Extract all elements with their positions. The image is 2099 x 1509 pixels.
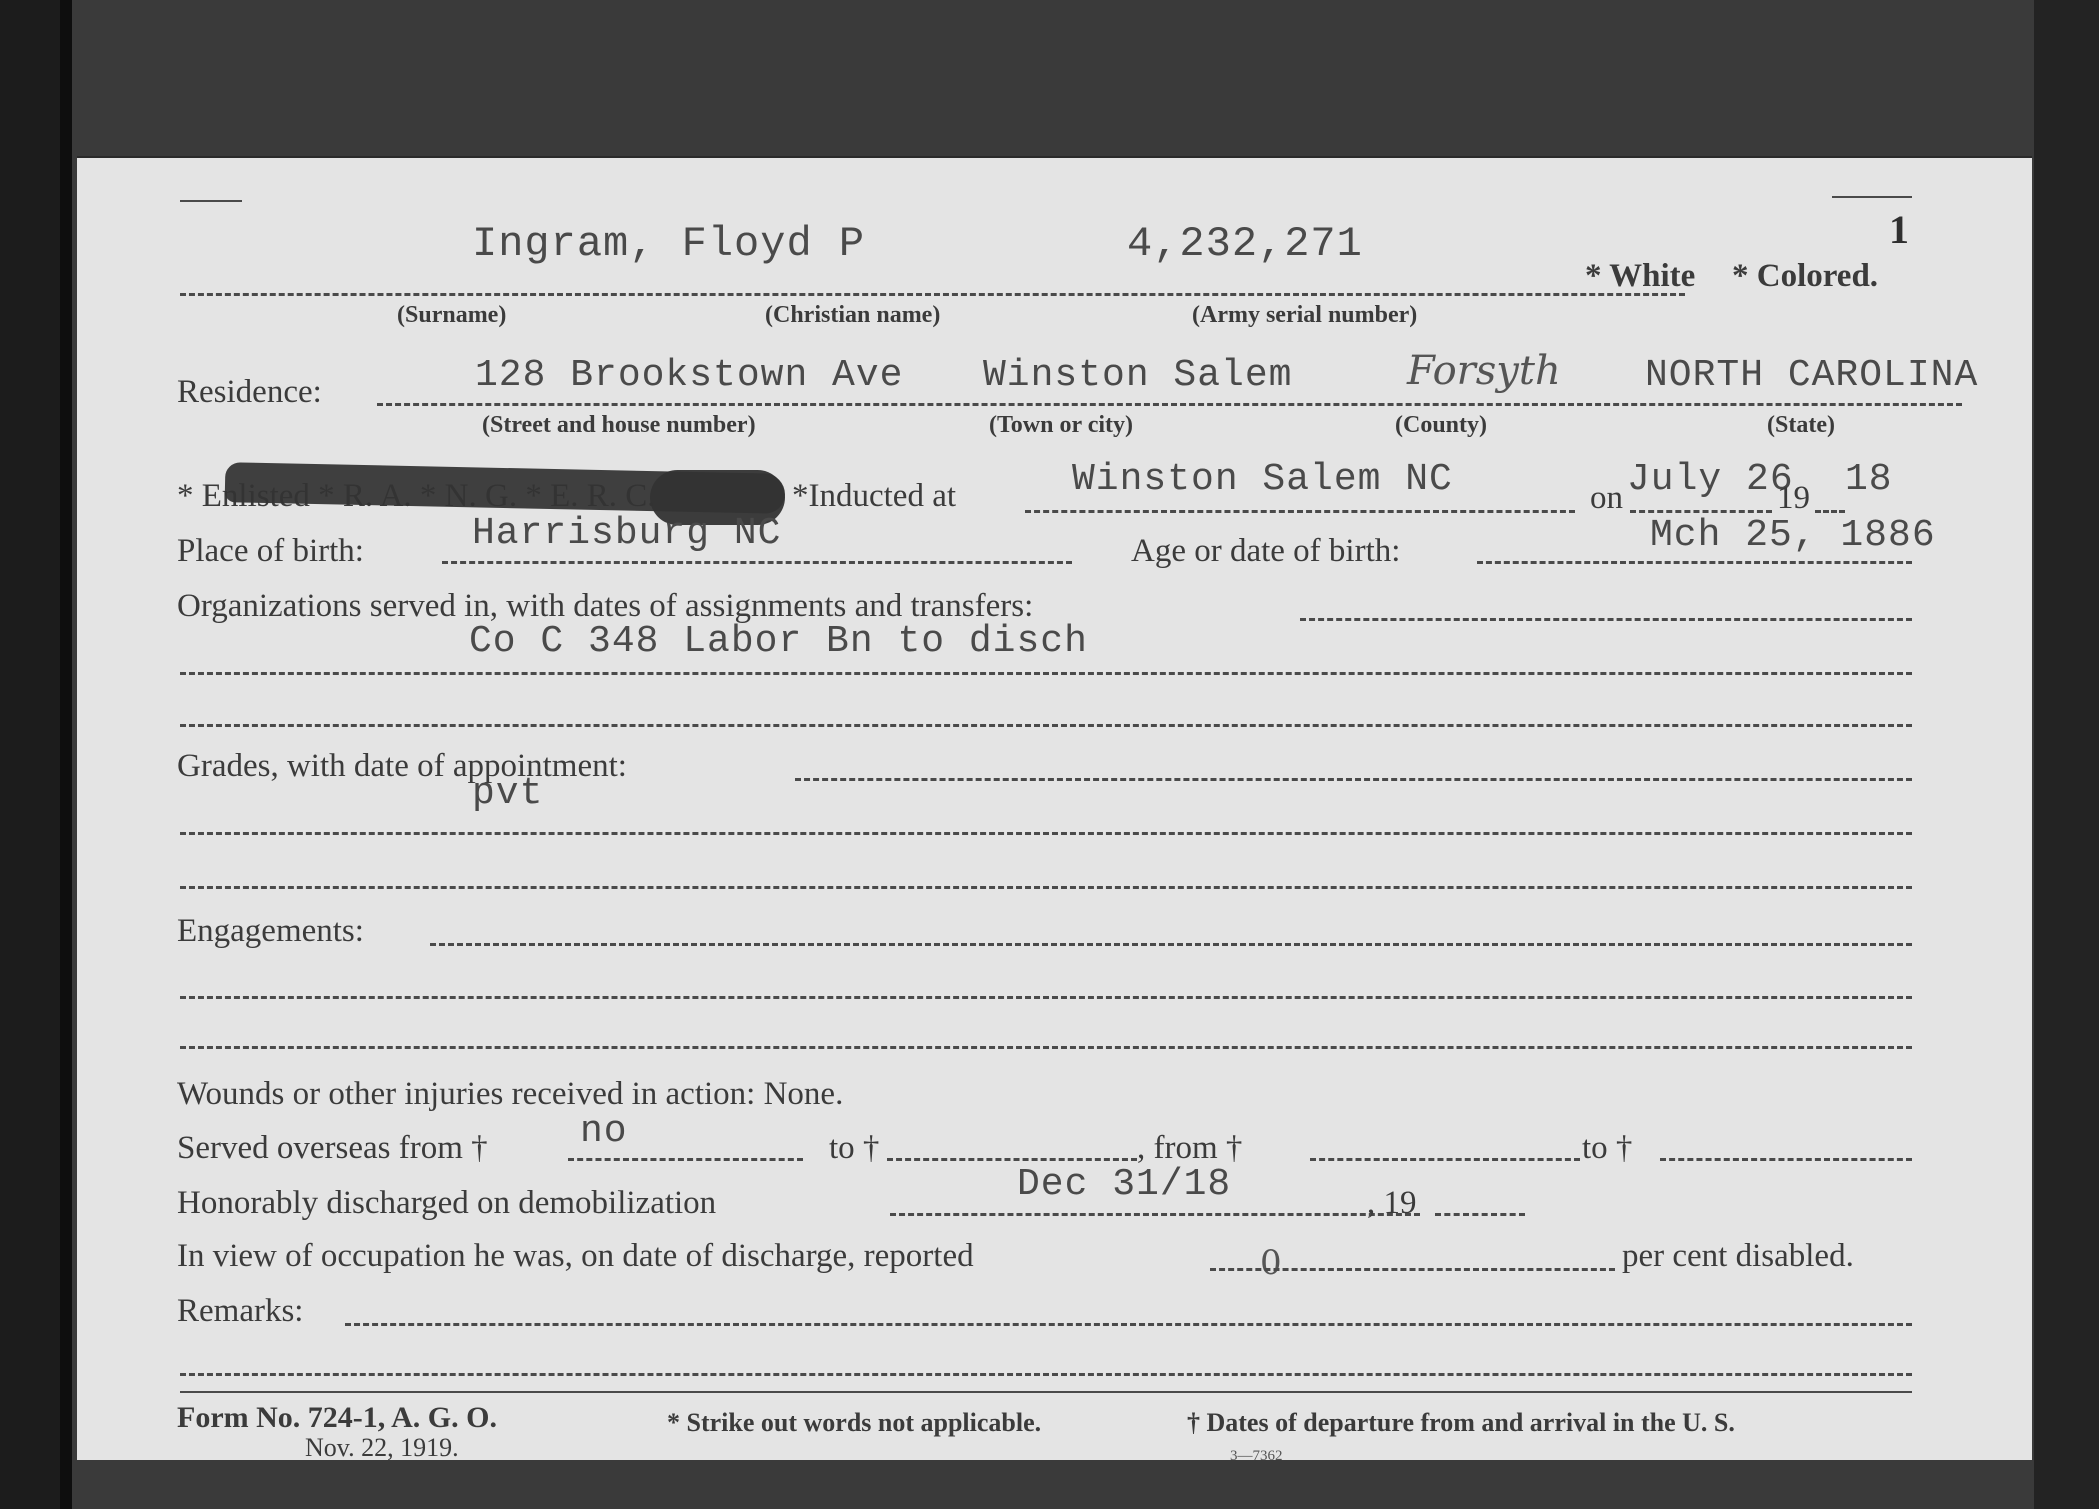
organizations-line-1 [1300,618,1912,621]
top-right-rule [1832,196,1912,198]
background-right-strip [2034,0,2099,1509]
engagements-line-1 [430,943,1912,946]
name-value: Ingram, Floyd P [472,220,865,268]
disability-label: In view of occupation he was, on date of… [177,1238,974,1275]
disability-suffix: per cent disabled. [1622,1238,1854,1275]
surname-caption: (Surname) [397,302,506,329]
residence-street: 128 Brookstown Ave [475,354,903,397]
remarks-label: Remarks: [177,1293,303,1330]
grades-line-3 [180,886,1912,889]
induction-on-label: on [1590,480,1623,517]
background-left-edge [60,0,72,1509]
county-caption: (County) [1395,412,1487,439]
discharge-line [890,1213,1420,1216]
disability-line [1210,1268,1615,1271]
race-white-option: * White [1585,258,1695,295]
inducted-at-label: *Inducted at [792,478,956,515]
name-line [180,293,1685,296]
card-number: 1 [1889,206,1909,253]
overseas-from-line [568,1158,803,1161]
top-left-rule [180,200,242,202]
street-caption: (Street and house number) [482,412,756,439]
print-code: 3—7362 [1230,1448,1283,1465]
grades-line-2 [180,832,1912,835]
residence-town: Winston Salem [983,354,1292,397]
organizations-value: Co C 348 Labor Bn to disch [469,620,1088,663]
grades-value: pvt [472,772,543,815]
discharge-label: Honorably discharged on demobilization [177,1185,716,1222]
race-colored-option: * Colored. [1732,258,1878,295]
induction-year-line [1815,510,1845,513]
serial-number-value: 4,232,271 [1127,220,1363,268]
overseas-to-line [887,1158,1137,1161]
dagger-note: † Dates of departure from and arrival in… [1187,1408,1735,1438]
remarks-line-1 [345,1323,1912,1326]
engagements-line-2 [180,996,1912,999]
organizations-line-2 [180,672,1912,675]
overseas-to2-label: to † [1582,1130,1632,1167]
overseas-to-label: to † [829,1130,879,1167]
induction-century: 19 [1777,480,1810,517]
residence-label: Residence: [177,374,322,411]
overseas-from2-label: , from † [1137,1130,1242,1167]
service-record-card: 1 Ingram, Floyd P 4,232,271 * White * Co… [77,158,2032,1460]
residence-state: NORTH CAROLINA [1645,354,1978,397]
birthplace-value: Harrisburg NC [472,512,781,555]
induction-date: July 26 [1627,458,1794,501]
residence-county: Forsyth [1407,348,1561,394]
strike-note: * Strike out words not applicable. [667,1408,1041,1438]
inducted-at-value: Winston Salem NC [1072,458,1453,501]
inducted-at-line [1025,510,1575,513]
induction-year: 18 [1845,458,1893,501]
serial-caption: (Army serial number) [1192,302,1417,329]
overseas-from-value: no [580,1110,628,1153]
birthplace-label: Place of birth: [177,533,364,570]
engagements-line-3 [180,1046,1912,1049]
overseas-from2-line [1310,1158,1580,1161]
christian-name-caption: (Christian name) [765,302,940,329]
town-caption: (Town or city) [989,412,1133,439]
residence-line [377,403,1962,406]
organizations-line-3 [180,724,1912,727]
birthdate-label: Age or date of birth: [1131,533,1400,570]
grades-label: Grades, with date of appointment: [177,748,627,785]
grades-line-1 [795,778,1912,781]
disability-value: 0 [1260,1243,1282,1283]
engagements-label: Engagements: [177,913,364,950]
overseas-to2-line [1660,1158,1912,1161]
wounds-label: Wounds or other injuries received in act… [177,1076,843,1113]
footer-divider [180,1391,1912,1393]
background-left-strip [0,0,66,1509]
state-caption: (State) [1767,412,1835,439]
overseas-from-label: Served overseas from † [177,1130,488,1167]
birthdate-line [1477,561,1912,564]
remarks-line-2 [180,1373,1912,1376]
birthplace-line [442,561,1072,564]
form-number: Form No. 724-1, A. G. O. [177,1401,497,1435]
induction-date-line [1630,510,1772,513]
form-date: Nov. 22, 1919. [305,1433,459,1463]
discharge-year-line [1435,1213,1525,1216]
discharge-century: , 19 [1367,1185,1417,1222]
discharge-value: Dec 31/18 [1017,1163,1231,1206]
birthdate-value: Mch 25, 1886 [1650,514,1936,557]
